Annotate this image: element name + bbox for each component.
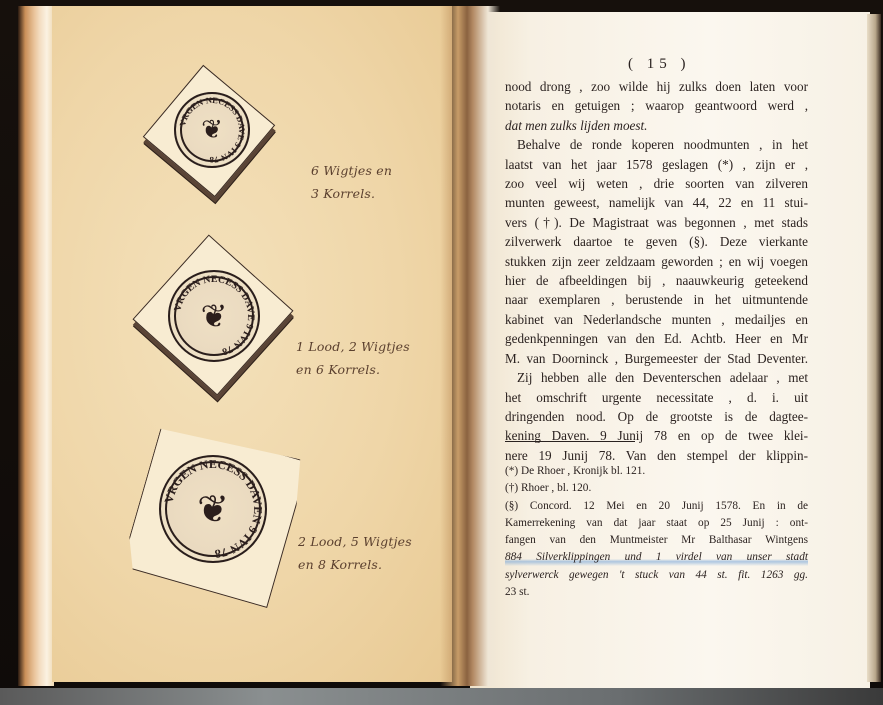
text-line: zilverwerk daartoe te geven (§). Deze vi… xyxy=(505,232,808,251)
eagle-icon: ❦ xyxy=(201,117,223,143)
coin-seal: VRGEN NECESS DAVE 9 IVN 78 ❦ xyxy=(174,92,250,168)
body-text: nood drong , zoo wilde hij zulks doen la… xyxy=(505,77,808,465)
caption-line: en 8 Korrels. xyxy=(298,553,412,576)
eagle-icon: ❦ xyxy=(201,300,228,332)
coin-figure-medium: VRGEN NECESS DAVE 9 IVN 78 ❦ xyxy=(128,230,298,400)
scanner-edge xyxy=(0,688,883,705)
text-line: stukken zijn zeer zeldzaam geworden ; en… xyxy=(505,252,808,271)
footnote-line: sylverwerck gewegen 't stuck van 44 st. … xyxy=(505,567,808,584)
footnote-line: (†) Rhoer , bl. 120. xyxy=(505,480,808,497)
caption-line: 3 Korrels. xyxy=(311,182,392,205)
text-line: naar exemplaren , berustende in het uitm… xyxy=(505,290,808,309)
footnote-line: Kamerrekening van dat jaar staat op 25 J… xyxy=(505,515,808,532)
caption-line: 6 Wigtjes en xyxy=(311,159,392,182)
coin-caption-small: 6 Wigtjes en 3 Korrels. xyxy=(311,159,392,205)
text-line: gedenkpenningen van den Ed. Achtb. Heer … xyxy=(505,329,808,348)
footnote-line: fangen van den Muntmeister Mr Balthasar … xyxy=(505,532,808,549)
text-line: zoo veel wij weten , drie soorten van zi… xyxy=(505,174,808,193)
text-line: kening Daven. 9 Junij 78 en op de twee k… xyxy=(505,426,808,445)
text-line: kabinet van Nederlandsche munten , medai… xyxy=(505,310,808,329)
footnote-line: 23 st. xyxy=(505,584,808,601)
left-page-stack-edges xyxy=(18,6,54,686)
coin-seal: VRGEN NECESS DAVE 9 IVN 78 ❦ xyxy=(168,270,260,362)
footnotes: (*) De Rhoer , Kronijk bl. 121. (†) Rhoe… xyxy=(505,463,808,601)
text-line: Zij hebben alle den Deventerschen adelaa… xyxy=(505,368,808,387)
footnote-rule xyxy=(505,441,635,442)
text-line: munten geweest, namelijk van 44, 22 en 1… xyxy=(505,193,808,212)
book-gutter xyxy=(440,6,500,686)
text-line: Behalve de ronde koperen noodmunten , in… xyxy=(505,135,808,154)
text-line: nood drong , zoo wilde hij zulks doen la… xyxy=(505,77,808,96)
footnote-line: (§) Concord. 12 Mei en 20 Junij 1578. En… xyxy=(505,498,808,515)
text-line: het omschrift urgente necessitate , d. i… xyxy=(505,388,808,407)
right-page-stack-edges xyxy=(867,14,881,682)
text-line: notaris en getuigen ; waarop geantwoord … xyxy=(505,96,808,115)
page-number: ( 15 ) xyxy=(628,56,691,73)
footnote-line-highlighted: 884 Silverklippingen und 1 virdel van un… xyxy=(505,549,808,566)
eagle-icon: ❦ xyxy=(197,490,229,528)
coin-seal: VRGEN NECESS DAVEN 9 IVN 78 ❦ xyxy=(159,455,267,563)
coin-figure-small: VRGEN NECESS DAVE 9 IVN 78 ❦ xyxy=(140,62,280,202)
caption-line: 2 Lood, 5 Wigtjes xyxy=(298,530,412,553)
text-line: hier de afbeeldingen bij , naauwkeurig g… xyxy=(505,271,808,290)
text-line: dat men zulks lijden moest. xyxy=(505,116,808,135)
text-line: dringenden nood. Op de grootste is de da… xyxy=(505,407,808,426)
coin-caption-large: 2 Lood, 5 Wigtjes en 8 Korrels. xyxy=(298,530,412,576)
text-line: vers (†). De Magistraat was begonnen , m… xyxy=(505,213,808,232)
coin-caption-medium: 1 Lood, 2 Wigtjes en 6 Korrels. xyxy=(296,335,410,381)
coin-figure-large: VRGEN NECESS DAVEN 9 IVN 78 ❦ xyxy=(125,420,310,610)
caption-line: en 6 Korrels. xyxy=(296,358,410,381)
footnote-line: (*) De Rhoer , Kronijk bl. 121. xyxy=(505,463,808,480)
caption-line: 1 Lood, 2 Wigtjes xyxy=(296,335,410,358)
text-line: laatst van het jaar 1578 geslagen (*) , … xyxy=(505,155,808,174)
text-line: M. van Doorninck , Burgemeester der Stad… xyxy=(505,349,808,368)
